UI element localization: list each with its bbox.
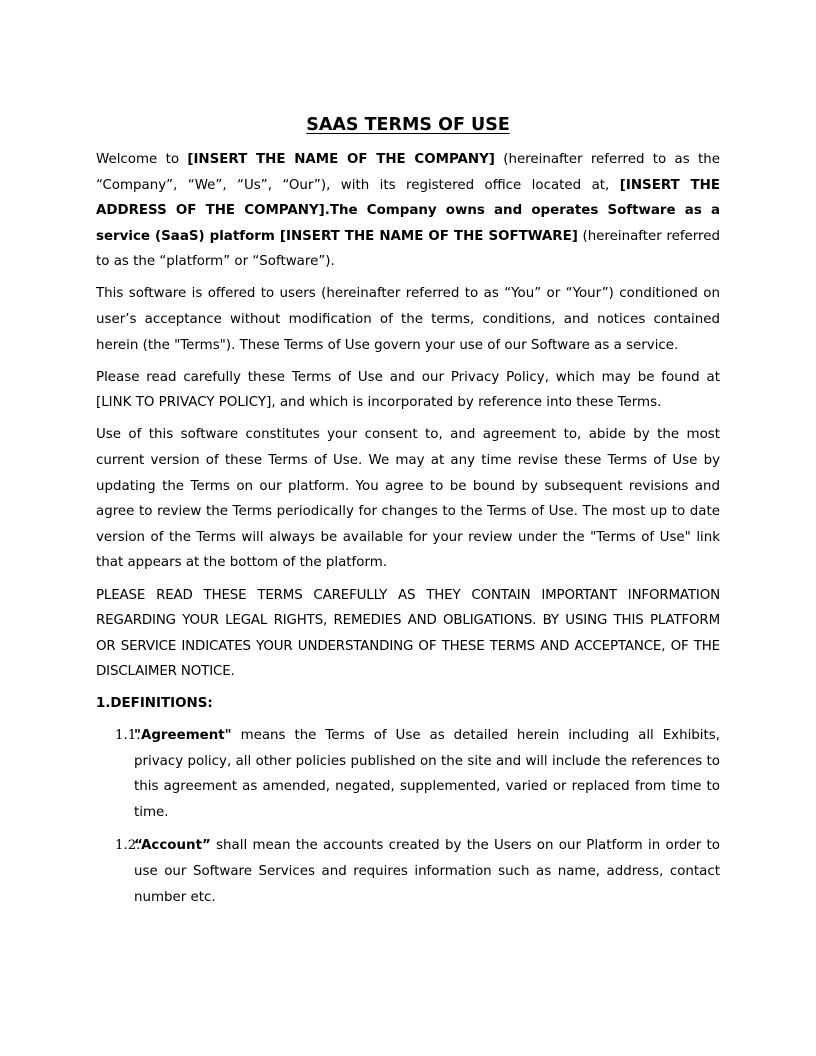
definitions-heading: 1.DEFINITIONS: [96,691,720,717]
consent-paragraph: Use of this software constitutes your co… [96,422,720,576]
privacy-paragraph: Please read carefully these Terms of Use… [96,365,720,416]
definition-number: 1.1. [115,723,141,749]
definition-term: "Agreement" [134,728,232,743]
offer-paragraph: This software is offered to users (herei… [96,281,720,358]
intro-paragraph: Welcome to [INSERT THE NAME OF THE COMPA… [96,147,720,275]
intro-text-1: Welcome to [96,152,187,167]
definition-number: 1.2. [115,833,141,859]
definition-item-agreement: 1.1."Agreement" means the Terms of Use a… [96,723,720,825]
document-page: SAAS TERMS OF USE Welcome to [INSERT THE… [96,112,720,918]
definition-text: shall mean the accounts created by the U… [134,838,720,904]
notice-paragraph: PLEASE READ THESE TERMS CAREFULLY AS THE… [96,583,720,685]
definition-term: “Account” [134,838,211,853]
document-title: SAAS TERMS OF USE [96,112,720,138]
company-name-placeholder: [INSERT THE NAME OF THE COMPANY] [187,152,495,167]
definition-item-account: 1.2.“Account” shall mean the accounts cr… [96,833,720,910]
